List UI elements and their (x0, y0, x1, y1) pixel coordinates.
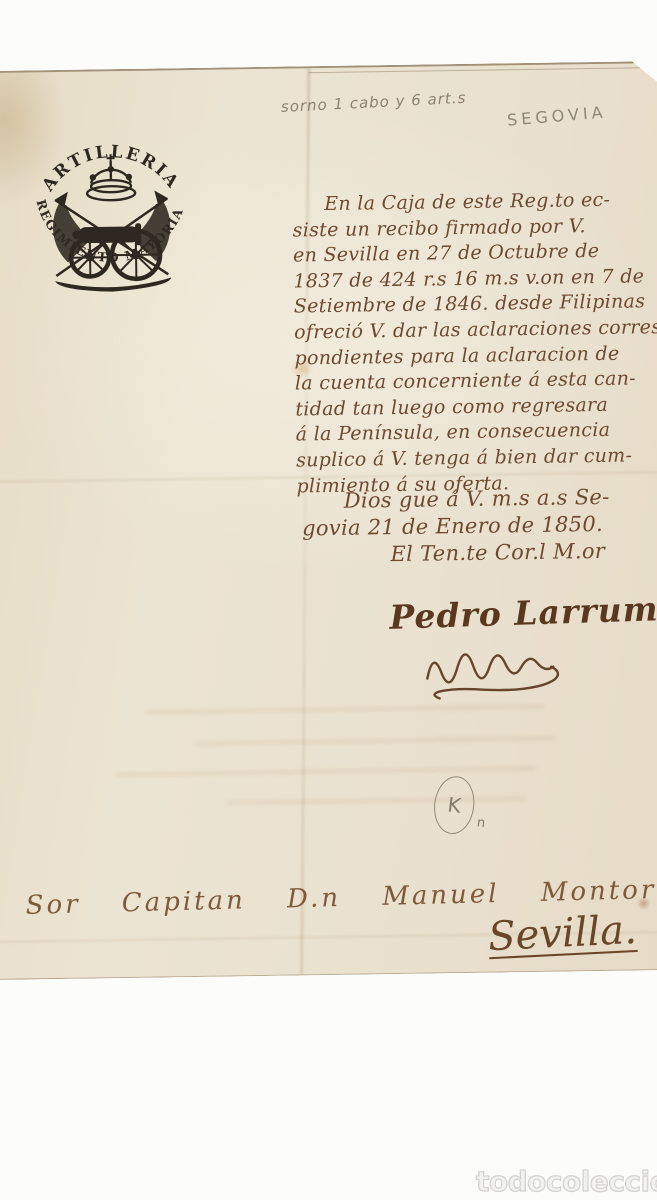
regiment-seal: ARTILLERIA 5.TO REGIMIENTO MAYORIA PRAL. (20, 126, 203, 315)
todocoleccion-watermark: todocoleccion (476, 1165, 657, 1198)
ink-showthrough (226, 797, 526, 804)
pencil-circled-mark: K n (431, 774, 478, 837)
closing-line: El Ten.te Cor.l M.or (390, 538, 610, 568)
ink-showthrough (195, 737, 555, 745)
letter-paper: ARTILLERIA 5.TO REGIMIENTO MAYORIA PRAL. (0, 61, 657, 980)
signature-rubric-icon (419, 638, 590, 705)
ink-showthrough (116, 767, 536, 776)
scan-background: ARTILLERIA 5.TO REGIMIENTO MAYORIA PRAL. (0, 0, 657, 1200)
letter-line: En la Caja de este Reg.to ec- (292, 187, 657, 218)
pencil-mark-small: n (476, 815, 486, 831)
letter-closing: Dios gue á V. m.s a.s Se- govia 21 de En… (302, 484, 611, 570)
ink-showthrough (145, 705, 545, 714)
letter-body: En la Caja de este Reg.to ec- siste un r… (292, 187, 657, 500)
pencil-mark-letter: K (446, 792, 462, 817)
paper-edge-line (308, 67, 657, 73)
signature: Pedro Larrumbe (389, 588, 657, 637)
letter-line: suplico á V. tenga á bien dar cum- (296, 443, 657, 474)
cannon-flags-icon (53, 191, 171, 292)
addressee-city: Sevilla. (487, 907, 638, 960)
closing-line: Dios gue á V. m.s a.s Se- (344, 484, 610, 515)
pencil-place-note: SEGOVIA (506, 102, 607, 129)
